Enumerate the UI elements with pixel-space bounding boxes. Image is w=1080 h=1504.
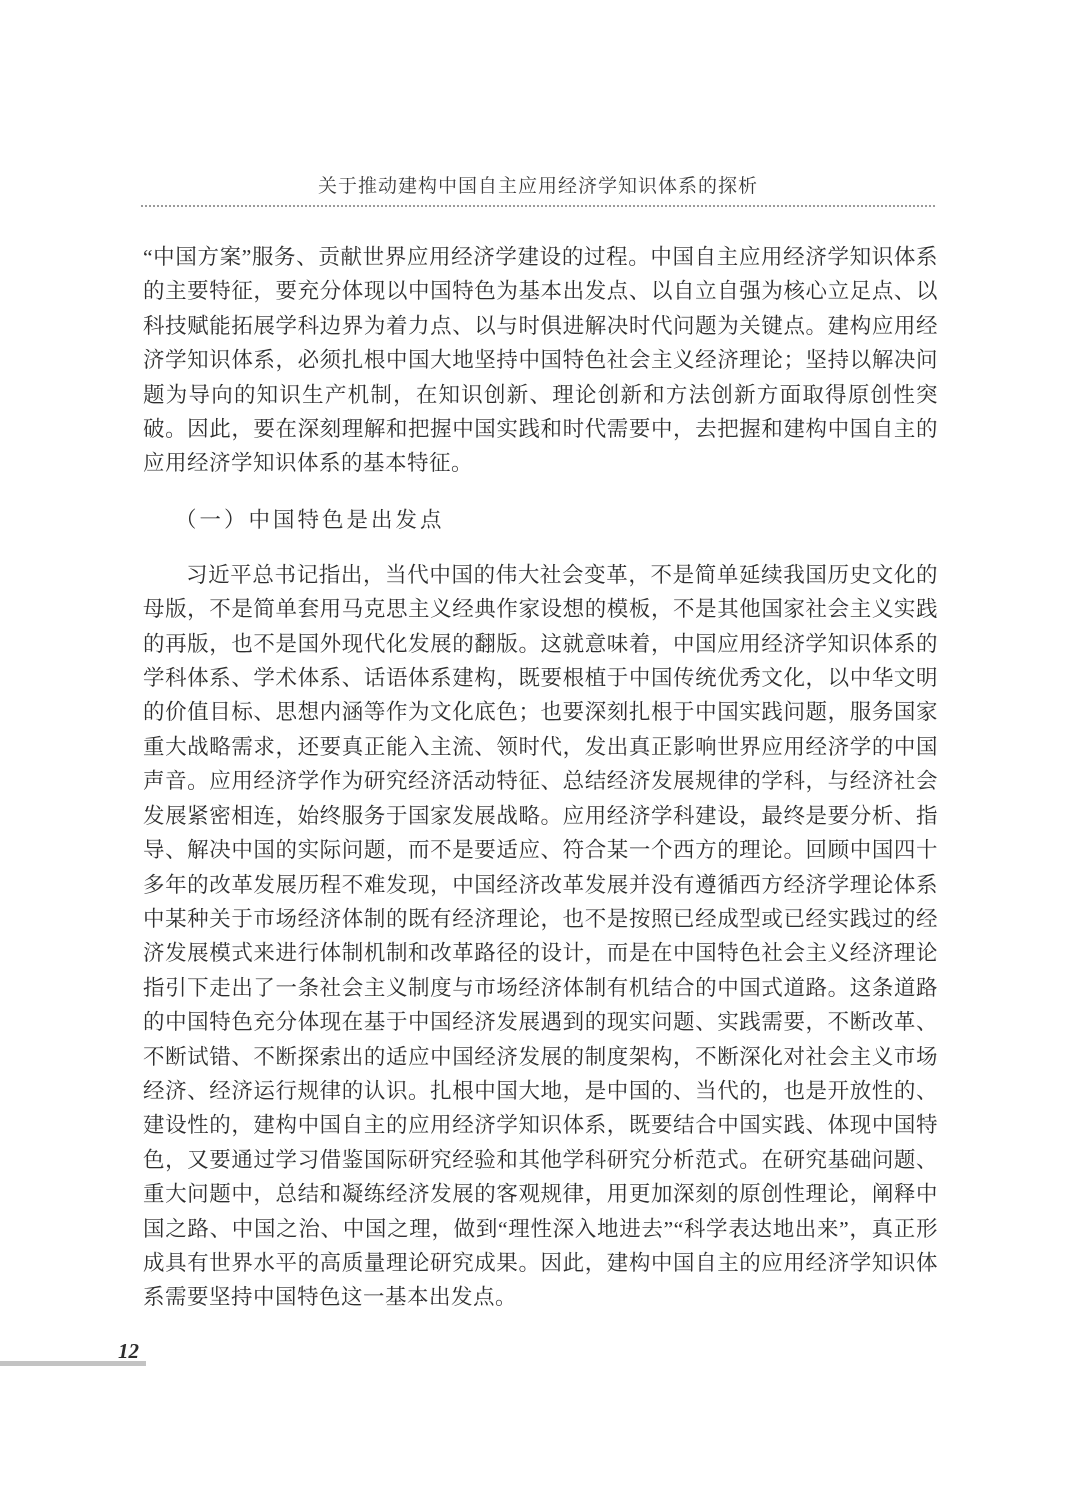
body-paragraph-2: 习近平总书记指出，当代中国的伟大社会变革，不是简单延续我国历史文化的母版，不是简…: [143, 558, 938, 1315]
page-content: “中国方案”服务、贡献世界应用经济学建设的过程。中国自主应用经济学知识体系的主要…: [143, 240, 938, 1315]
section-heading: （一）中国特色是出发点: [143, 503, 938, 537]
page-header: 关于推动建构中国自主应用经济学知识体系的探析: [141, 176, 935, 207]
footer-rule: [0, 1361, 146, 1366]
document-page: 关于推动建构中国自主应用经济学知识体系的探析 “中国方案”服务、贡献世界应用经济…: [0, 0, 1080, 1504]
running-head-title: 关于推动建构中国自主应用经济学知识体系的探析: [141, 176, 935, 198]
body-paragraph-1: “中国方案”服务、贡献世界应用经济学建设的过程。中国自主应用经济学知识体系的主要…: [143, 240, 938, 481]
